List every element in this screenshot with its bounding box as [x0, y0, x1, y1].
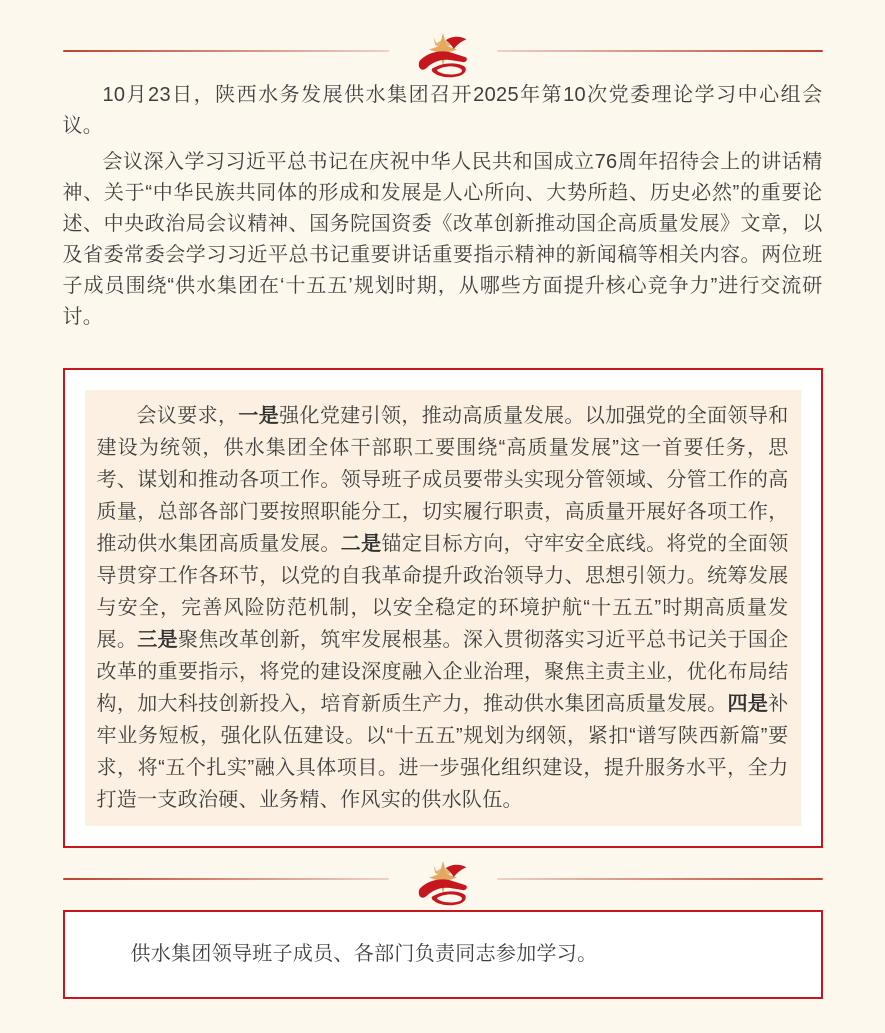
paragraph-meeting-intro: 10月23日，陕西水务发展供水集团召开2025年第10次党委理论学习中心组会议。	[63, 80, 823, 142]
divider-line-left	[63, 878, 389, 880]
flag-ribbon-star-icon	[415, 859, 471, 913]
requirements-paragraph: 会议要求，一是强化党建引领，推动高质量发展。以加强党的全面领导和建设为统领，供水…	[97, 400, 789, 816]
divider-line-right	[497, 878, 823, 880]
divider-line-left	[63, 50, 389, 52]
attendees-paragraph: 供水集团领导班子成员、各部门负责同志参加学习。	[91, 939, 795, 970]
requirements-highlight-block: 会议要求，一是强化党建引领，推动高质量发展。以加强党的全面领导和建设为统领，供水…	[85, 390, 801, 826]
article-body: 10月23日，陕西水务发展供水集团召开2025年第10次党委理论学习中心组会议。…	[63, 80, 823, 333]
article-page: 10月23日，陕西水务发展供水集团召开2025年第10次党委理论学习中心组会议。…	[0, 0, 885, 1033]
paragraph-study-content: 会议深入学习习近平总书记在庆祝中华人民共和国成立76周年招待会上的讲话精神、关于…	[63, 147, 823, 333]
flag-ribbon-star-icon	[415, 31, 471, 85]
attendees-box: 供水集团领导班子成员、各部门负责同志参加学习。	[63, 910, 823, 999]
divider-line-right	[497, 50, 823, 52]
requirements-box: 会议要求，一是强化党建引领，推动高质量发展。以加强党的全面领导和建设为统领，供水…	[63, 368, 823, 848]
section-divider-top	[63, 22, 823, 80]
section-divider-bottom	[63, 850, 823, 908]
